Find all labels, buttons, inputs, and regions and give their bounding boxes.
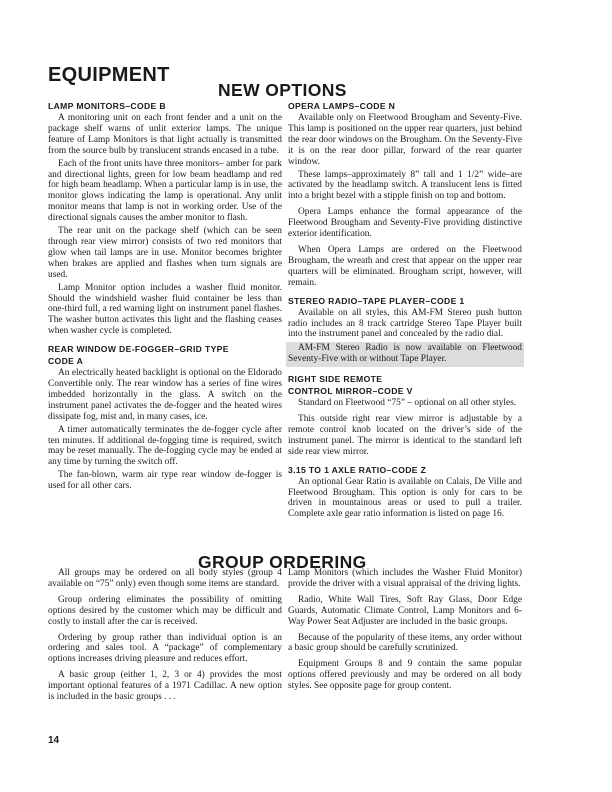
defogger-heading-line1: REAR WINDOW DE-FOGGER–GRID TYPE (48, 344, 282, 355)
paragraph: An electrically heated backlight is opti… (48, 368, 282, 423)
paragraph: Equipment Groups 8 and 9 contain the sam… (288, 659, 522, 692)
document-page: EQUIPMENT NEW OPTIONS LAMP MONITORS–CODE… (0, 0, 612, 792)
opera-lamps-heading: OPERA LAMPS–CODE N (288, 101, 522, 112)
paragraph: Lamp Monitors (which includes the Washer… (288, 568, 522, 590)
stereo-radio-section: STEREO RADIO–TAPE PLAYER–CODE 1 Availabl… (288, 296, 522, 368)
paragraph: The fan-blown, warm air type rear window… (48, 470, 282, 492)
paragraph: A monitoring unit on each front fender a… (48, 113, 282, 157)
paragraph: Radio, White Wall Tires, Soft Ray Glass,… (288, 595, 522, 628)
paragraph: Group ordering eliminates the possibilit… (48, 595, 282, 628)
paragraph: This outside right rear view mirror is a… (288, 414, 522, 458)
left-column: LAMP MONITORS–CODE B A monitoring unit o… (48, 101, 282, 494)
rear-window-defogger-section: REAR WINDOW DE-FOGGER–GRID TYPE CODE A A… (48, 344, 282, 492)
paragraph: Each of the front units have three monit… (48, 159, 282, 224)
remote-mirror-heading-line2: CONTROL MIRROR–CODE V (288, 386, 522, 397)
new-options-title: NEW OPTIONS (218, 80, 347, 101)
paragraph: Because of the popularity of these items… (288, 633, 522, 655)
paragraph: These lamps–approximately 8” tall and 1 … (288, 170, 522, 203)
highlight-note: AM-FM Stereo Radio is now available on F… (286, 342, 524, 367)
stereo-radio-heading: STEREO RADIO–TAPE PLAYER–CODE 1 (288, 296, 522, 307)
paragraph: Available only on Fleetwood Brougham and… (288, 113, 522, 168)
paragraph: Available on all styles, this AM-FM Ster… (288, 308, 522, 341)
page-number: 14 (48, 735, 59, 746)
right-column: OPERA LAMPS–CODE N Available only on Fle… (288, 101, 522, 522)
lamp-monitors-heading: LAMP MONITORS–CODE B (48, 101, 282, 112)
lamp-monitors-section: LAMP MONITORS–CODE B A monitoring unit o… (48, 101, 282, 337)
paragraph: The rear unit on the package shelf (whic… (48, 226, 282, 281)
paragraph: Opera Lamps enhance the formal appearanc… (288, 207, 522, 240)
paragraph: A timer automatically terminates the de-… (48, 425, 282, 469)
paragraph: Standard on Fleetwood “75” – optional on… (288, 398, 522, 409)
remote-mirror-heading-line1: RIGHT SIDE REMOTE (288, 374, 522, 385)
opera-lamps-section: OPERA LAMPS–CODE N Available only on Fle… (288, 101, 522, 289)
paragraph: When Opera Lamps are ordered on the Flee… (288, 245, 522, 289)
axle-ratio-section: 3.15 TO 1 AXLE RATIO–CODE Z An optional … (288, 465, 522, 521)
remote-mirror-section: RIGHT SIDE REMOTE CONTROL MIRROR–CODE V … (288, 374, 522, 458)
paragraph: Ordering by group rather than individual… (48, 633, 282, 666)
group-ordering-right-column: Lamp Monitors (which includes the Washer… (288, 568, 522, 694)
paragraph: A basic group (either 1, 2, 3 or 4) prov… (48, 670, 282, 703)
group-ordering-left-column: All groups may be ordered on all body st… (48, 568, 282, 705)
axle-ratio-heading: 3.15 TO 1 AXLE RATIO–CODE Z (288, 465, 522, 476)
paragraph: Lamp Monitor option includes a washer fl… (48, 283, 282, 338)
paragraph: An optional Gear Ratio is available on C… (288, 477, 522, 521)
paragraph: All groups may be ordered on all body st… (48, 568, 282, 590)
defogger-heading-line2: CODE A (48, 356, 282, 367)
section-title: EQUIPMENT (48, 64, 170, 87)
